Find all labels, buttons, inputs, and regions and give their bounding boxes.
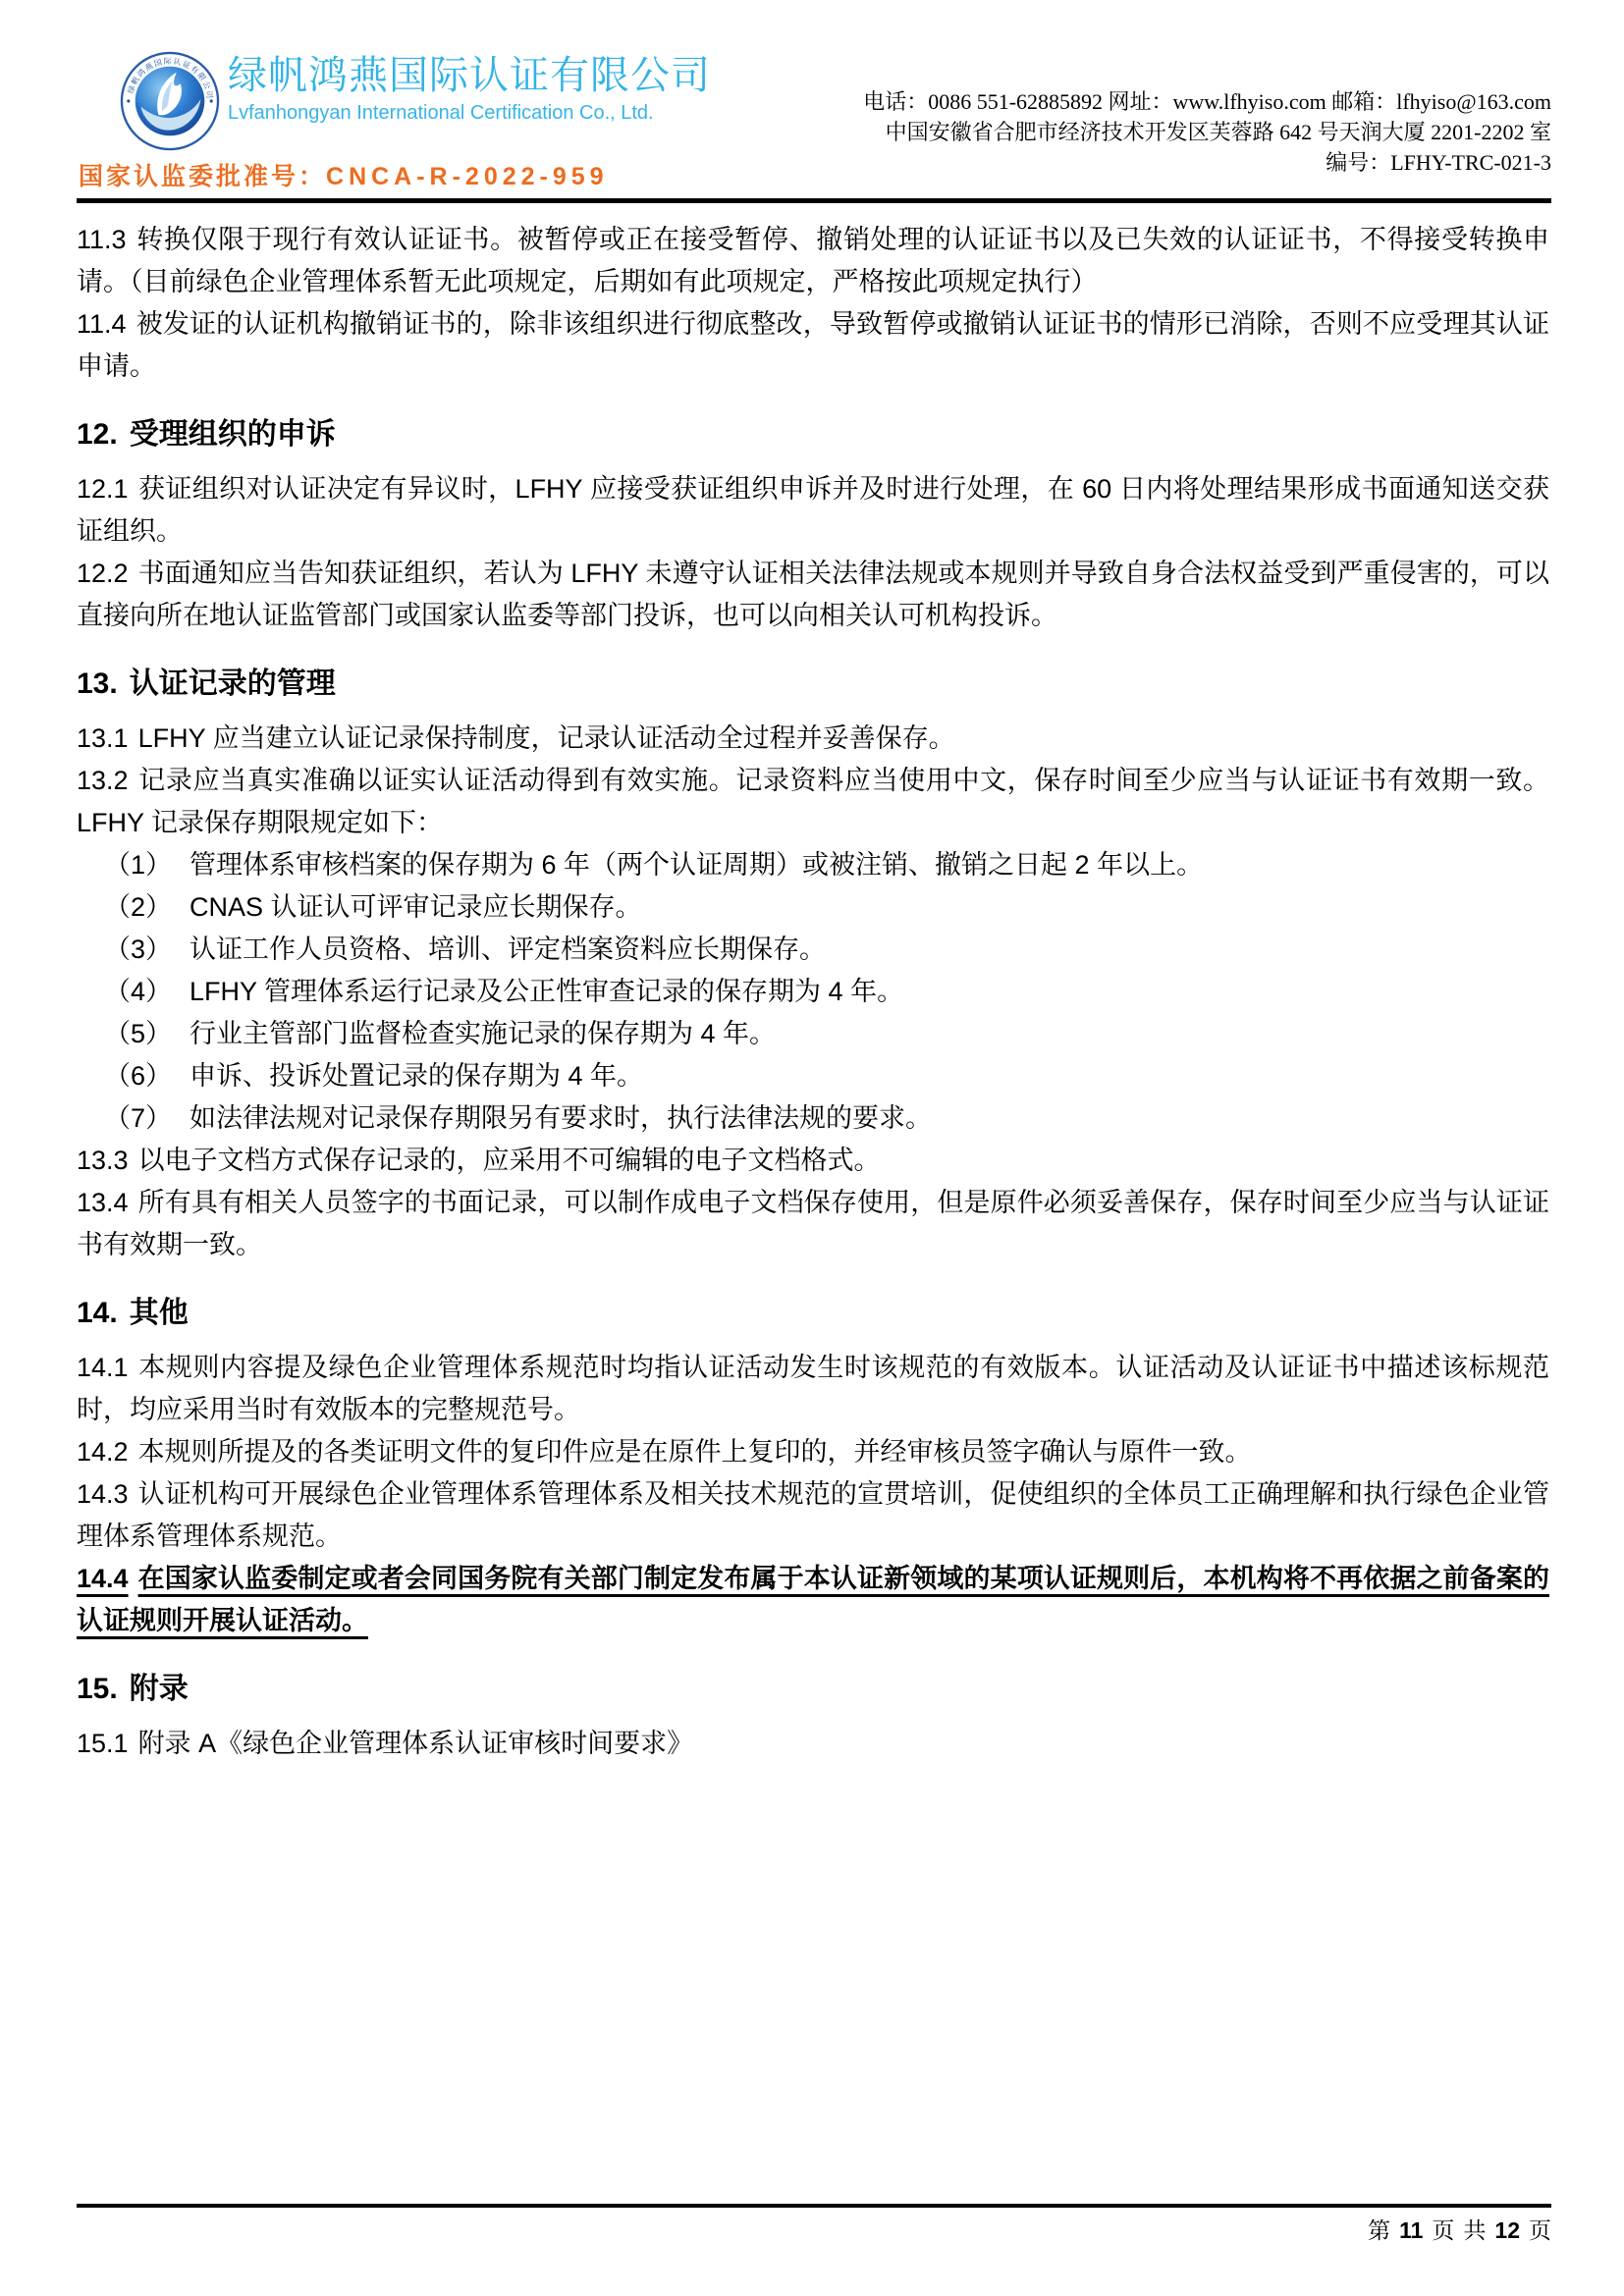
section-heading: 14.其他: [77, 1292, 1549, 1334]
clause-text: 如法律法规对记录保存期限另有要求时，执行法律法规的要求。: [189, 1103, 932, 1133]
paragraph: 12.2书面通知应当告知获证组织，若认为 LFHY 未遵守认证相关法律法规或本规…: [77, 553, 1549, 637]
clause-text: 本规则所提及的各类证明文件的复印件应是在原件上复印的，并经审核员签字确认与原件一…: [138, 1437, 1252, 1467]
paragraph: 11.3转换仅限于现行有效认证证书。被暂停或正在接受暂停、撤销处理的认证证书以及…: [77, 219, 1549, 303]
clause-number: 11.3: [77, 225, 127, 254]
address-line: 中国安徽省合肥市经济技术开发区芙蓉路 642 号天润大厦 2201-2202 室: [863, 117, 1551, 147]
clause-number: 13.: [77, 667, 118, 700]
company-name-en: Lvfanhongyan International Certification…: [228, 100, 711, 126]
total-page-number: 12: [1494, 2217, 1520, 2243]
paragraph: 13.1LFHY 应当建立认证记录保持制度，记录认证活动全过程并妥善保存。: [77, 718, 1549, 760]
brand-row: 绿帆鸿燕国际认证有限公司 LVFANHONGYAN INTERNATIONAL …: [77, 51, 711, 151]
clause-number: 11.4: [77, 309, 127, 339]
section-heading: 12.受理组织的申诉: [77, 413, 1549, 455]
list-item: （6）申诉、投诉处置记录的保存期为 4 年。: [77, 1055, 1549, 1097]
contact-line: 电话：0086 551-62885892 网址：www.lfhyiso.com …: [863, 86, 1551, 117]
clause-text: 获证组织对认证决定有异议时，LFHY 应接受获证组织申诉并及时进行处理，在 60…: [77, 474, 1549, 546]
clause-text: 所有具有相关人员签字的书面记录，可以制作成电子文档保存使用，但是原件必须妥善保存…: [77, 1188, 1549, 1259]
doc-number-line: 编号：LFHY-TRC-021-3: [863, 147, 1551, 178]
paragraph: 13.2记录应当真实准确以证实认证活动得到有效实施。记录资料应当使用中文，保存时…: [77, 760, 1549, 844]
footer-label-page: 第: [1368, 2218, 1390, 2243]
current-page-number: 11: [1399, 2217, 1423, 2243]
list-item: （7）如法律法规对记录保存期限另有要求时，执行法律法规的要求。: [77, 1097, 1549, 1140]
clause-number: 12.2: [77, 559, 129, 588]
clause-number: 12.: [77, 418, 118, 451]
clause-number: 14.: [77, 1297, 118, 1329]
clause-text: 其他: [130, 1297, 189, 1329]
clause-text: 被发证的认证机构撤销证书的，除非该组织进行彻底整改，导致暂停或撤销认证证书的情形…: [77, 309, 1549, 381]
clause-number: （4）: [104, 977, 172, 1006]
clause-number: （1）: [104, 850, 172, 880]
clause-text: 认证记录的管理: [130, 667, 336, 700]
list-item: （4）LFHY 管理体系运行记录及公正性审查记录的保存期为 4 年。: [77, 971, 1549, 1013]
clause-number: 14.2: [77, 1437, 129, 1467]
paragraph: 12.1获证组织对认证决定有异议时，LFHY 应接受获证组织申诉并及时进行处理，…: [77, 468, 1549, 553]
clause-text: 认证工作人员资格、培训、评定档案资料应长期保存。: [189, 934, 826, 964]
paragraph: 14.4在国家认监委制定或者会同国务院有关部门制定发布属于本认证新领域的某项认证…: [77, 1558, 1549, 1642]
clause-number: 15.1: [77, 1729, 129, 1758]
clause-number: （3）: [104, 934, 172, 964]
header-contact-block: 电话：0086 551-62885892 网址：www.lfhyiso.com …: [863, 51, 1551, 178]
clause-text: 以电子文档方式保存记录的，应采用不可编辑的电子文档格式。: [138, 1146, 881, 1175]
paragraph: 14.2本规则所提及的各类证明文件的复印件应是在原件上复印的，并经审核员签字确认…: [77, 1431, 1549, 1473]
paragraph: 13.3以电子文档方式保存记录的，应采用不可编辑的电子文档格式。: [77, 1140, 1549, 1182]
clause-number: 13.1: [77, 723, 129, 753]
header-brand-block: 绿帆鸿燕国际认证有限公司 LVFANHONGYAN INTERNATIONAL …: [77, 51, 711, 192]
clause-text: 申诉、投诉处置记录的保存期为 4 年。: [189, 1061, 643, 1091]
paragraph: 15.1附录 A《绿色企业管理体系认证审核时间要求》: [77, 1723, 1549, 1765]
paragraph: 14.1本规则内容提及绿色企业管理体系规范时均指认证活动发生时该规范的有效版本。…: [77, 1347, 1549, 1431]
clause-text: 记录应当真实准确以证实认证活动得到有效实施。记录资料应当使用中文，保存时间至少应…: [77, 766, 1549, 837]
clause-number: （7）: [104, 1103, 172, 1133]
approval-number: CNCA-R-2022-959: [326, 163, 609, 190]
page-footer: 第11页共12页: [77, 2204, 1551, 2245]
clause-text: CNAS 认证认可评审记录应长期保存。: [189, 892, 642, 922]
page-header: 绿帆鸿燕国际认证有限公司 LVFANHONGYAN INTERNATIONAL …: [0, 0, 1624, 192]
document-page: 绿帆鸿燕国际认证有限公司 LVFANHONGYAN INTERNATIONAL …: [0, 0, 1624, 2296]
clause-text: 转换仅限于现行有效认证证书。被暂停或正在接受暂停、撤销处理的认证证书以及已失效的…: [77, 225, 1549, 296]
brand-text-block: 绿帆鸿燕国际认证有限公司 Lvfanhongyan International …: [228, 51, 711, 126]
clause-number: 13.3: [77, 1146, 129, 1175]
clause-number: 14.1: [77, 1353, 129, 1382]
list-item: （1）管理体系审核档案的保存期为 6 年（两个认证周期）或被注销、撤销之日起 2…: [77, 844, 1549, 886]
document-body: 11.3转换仅限于现行有效认证证书。被暂停或正在接受暂停、撤销处理的认证证书以及…: [0, 203, 1624, 1765]
clause-number: 12.1: [77, 474, 129, 504]
clause-number: （6）: [104, 1061, 172, 1091]
clause-text: 附录: [130, 1673, 189, 1705]
clause-text: 附录 A《绿色企业管理体系认证审核时间要求》: [138, 1729, 694, 1758]
list-item: （3）认证工作人员资格、培训、评定档案资料应长期保存。: [77, 929, 1549, 971]
paragraph: 11.4被发证的认证机构撤销证书的，除非该组织进行彻底整改，导致暂停或撤销认证证…: [77, 303, 1549, 388]
approval-label: 国家认监委批准号：: [79, 163, 326, 190]
clause-text: 本规则内容提及绿色企业管理体系规范时均指认证活动发生时该规范的有效版本。认证活动…: [77, 1353, 1549, 1424]
footer-label-total: 共: [1463, 2218, 1486, 2243]
section-heading: 15.附录: [77, 1668, 1549, 1710]
clause-number: 14.4: [77, 1564, 129, 1593]
clause-number: 15.: [77, 1673, 118, 1705]
clause-text: 受理组织的申诉: [130, 418, 336, 451]
footer-label-of: 页: [1432, 2218, 1454, 2243]
clause-number: 13.4: [77, 1188, 129, 1217]
clause-number: （5）: [104, 1019, 172, 1048]
footer-label-end: 页: [1529, 2218, 1551, 2243]
clause-number: （2）: [104, 892, 172, 922]
paragraph: 13.4所有具有相关人员签字的书面记录，可以制作成电子文档保存使用，但是原件必须…: [77, 1182, 1549, 1266]
company-logo: 绿帆鸿燕国际认证有限公司 LVFANHONGYAN INTERNATIONAL …: [120, 51, 220, 151]
list-item: （5）行业主管部门监督检查实施记录的保存期为 4 年。: [77, 1013, 1549, 1055]
clause-number: 13.2: [77, 766, 129, 795]
approval-number-line: 国家认监委批准号：CNCA-R-2022-959: [79, 157, 711, 192]
clause-text: LFHY 应当建立认证记录保持制度，记录认证活动全过程并妥善保存。: [138, 723, 955, 753]
clause-text: 管理体系审核档案的保存期为 6 年（两个认证周期）或被注销、撤销之日起 2 年以…: [189, 850, 1203, 880]
clause-number: 14.3: [77, 1479, 129, 1509]
clause-text: 在国家认监委制定或者会同国务院有关部门制定发布属于本认证新领域的某项认证规则后，…: [77, 1564, 1549, 1635]
section-heading: 13.认证记录的管理: [77, 663, 1549, 705]
list-item: （2）CNAS 认证认可评审记录应长期保存。: [77, 886, 1549, 929]
clause-text: LFHY 管理体系运行记录及公正性审查记录的保存期为 4 年。: [189, 977, 903, 1006]
company-logo-emblem-icon: 绿帆鸿燕国际认证有限公司 LVFANHONGYAN INTERNATIONAL …: [120, 51, 220, 151]
clause-text: 行业主管部门监督检查实施记录的保存期为 4 年。: [189, 1019, 776, 1048]
paragraph: 14.3认证机构可开展绿色企业管理体系管理体系及相关技术规范的宣贯培训，促使组织…: [77, 1473, 1549, 1558]
clause-text: 认证机构可开展绿色企业管理体系管理体系及相关技术规范的宣贯培训，促使组织的全体员…: [77, 1479, 1549, 1551]
company-name-cn: 绿帆鸿燕国际认证有限公司: [228, 53, 711, 98]
clause-text: 书面通知应当告知获证组织，若认为 LFHY 未遵守认证相关法律法规或本规则并导致…: [77, 559, 1549, 630]
